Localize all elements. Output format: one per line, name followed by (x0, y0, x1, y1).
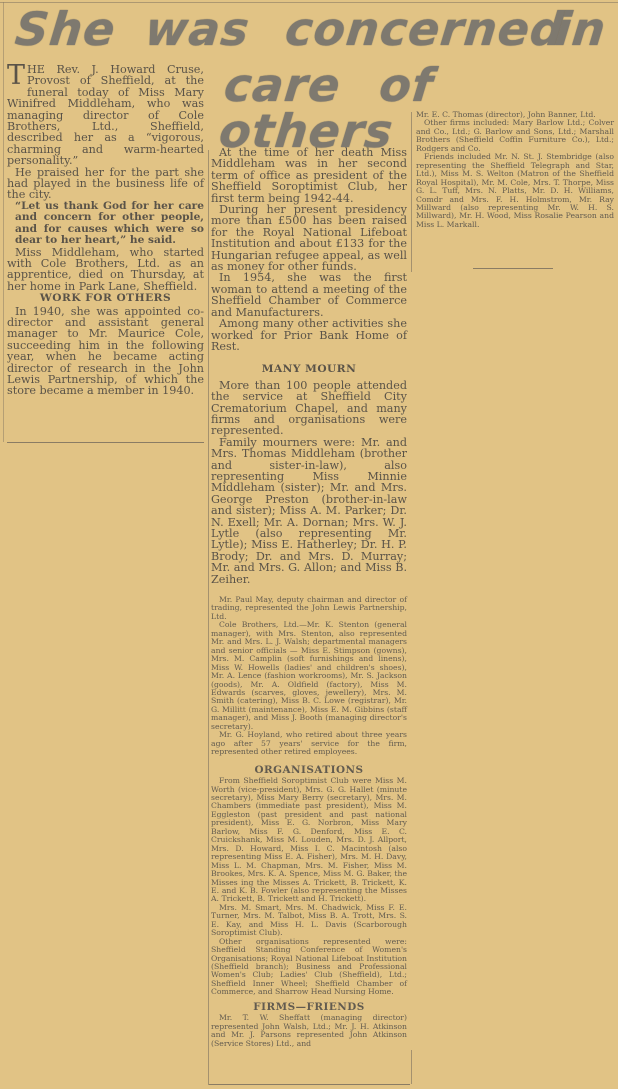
column-2: At the time of her death Miss Middleham … (211, 147, 407, 585)
paragraph: Mr. Paul May, deputy chairman and direct… (211, 596, 407, 621)
paragraph: Cole Brothers, Ltd.—Mr. K. Stenton (gene… (211, 621, 407, 731)
intro-paragraph: THE Rev. J. Howard Cruse, Provost of She… (7, 64, 204, 167)
subheading: ORGANISATIONS (211, 766, 407, 774)
paragraph: At the time of her death Miss Middleham … (211, 147, 407, 204)
paragraph: He praised her for the part she had play… (7, 167, 204, 201)
headline-word: concerned (283, 6, 566, 52)
subheading: MANY MOURN (211, 364, 407, 375)
paragraph: Mrs. M. Smart, Mrs. M. Chadwick, Miss F.… (211, 904, 407, 938)
column-2-end-rule (209, 1084, 410, 1085)
column-3: Mr. E. C. Thomas (director), John Banner… (416, 111, 614, 229)
column-3-end-rule (473, 268, 553, 269)
paragraph: Other organisations represented were: Sh… (211, 938, 407, 997)
column-divider (411, 1050, 412, 1084)
left-border-rule (3, 2, 4, 442)
quote-paragraph: “Let us thank God for her care and conce… (7, 201, 204, 247)
headline-word: She (13, 6, 118, 52)
paragraph: Mr. T. W. Sheffatt (managing director) r… (211, 1014, 407, 1048)
column-divider (208, 150, 209, 1085)
paragraph: Mr. G. Hoyland, who retired about three … (211, 731, 407, 756)
paragraph: More than 100 people attended the servic… (211, 380, 407, 437)
paragraph: During her present presidency more than … (211, 204, 407, 272)
paragraph: Other firms included: Mary Barlow Ltd.; … (416, 119, 614, 153)
paragraph: In 1954, she was the first woman to atte… (211, 272, 407, 318)
paragraph: Among many other activities she worked f… (211, 318, 407, 352)
headline-word: was (143, 6, 252, 52)
column-1: THE Rev. J. Howard Cruse, Provost of She… (7, 64, 204, 397)
paragraph: Family mourners were: Mr. and Mrs. Thoma… (211, 437, 407, 585)
paragraph: In 1940, she was appointed co-director a… (7, 306, 204, 397)
paragraph: Friends included Mr. N. St. J. Stembridg… (416, 153, 614, 229)
column-1-end-rule (7, 442, 204, 443)
paragraph: From Sheffield Soroptimist Club were Mis… (211, 777, 407, 904)
subheading: FIRMS—FRIENDS (211, 1003, 407, 1011)
paragraph: Miss Middleham, who started with Cole Br… (7, 247, 204, 293)
column-divider (411, 112, 412, 272)
intro-text: HE Rev. J. Howard Cruse, Provost of Shef… (7, 63, 204, 167)
column-2-small-type: Mr. Paul May, deputy chairman and direct… (211, 596, 407, 1048)
subheading: WORK FOR OTHERS (7, 293, 204, 304)
drop-cap: T (7, 65, 25, 87)
headline-word: in (553, 6, 608, 52)
